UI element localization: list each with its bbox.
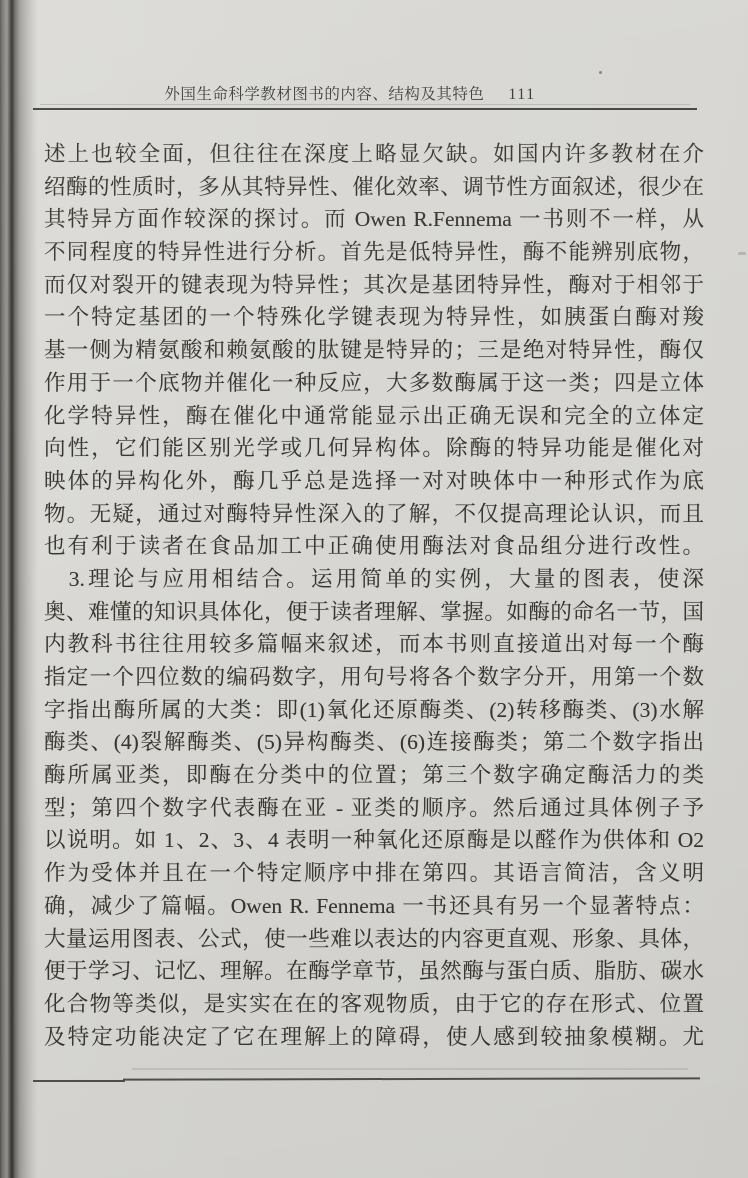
book-gutter-shadow bbox=[0, 0, 38, 1178]
text-line: 大量运用图表、公式，使一些难以表达的内容更直观、形象、具体， bbox=[44, 923, 704, 956]
scanned-book-page: 外国生命科学教材图书的内容、结构及其特色 111 述上也较全面，但往往在深度上略… bbox=[0, 0, 748, 1178]
page-number: 111 bbox=[508, 86, 535, 104]
header-rule-ghost bbox=[40, 104, 690, 105]
text-line: 指定一个四位数的编码数字，用句号将各个数字分开，用第一个数 bbox=[44, 661, 704, 694]
footnote-rule-ghost bbox=[132, 1068, 688, 1070]
text-line: 酶所属亚类，即酶在分类中的位置；第三个数字确定酶活力的类 bbox=[44, 759, 704, 792]
text-line: 化学特异性，酶在催化中通常能显示出正确无误和完全的立体定 bbox=[44, 400, 704, 433]
text-line: 物。无疑，通过对酶特异性深入的了解，不仅提高理论认识，而且 bbox=[44, 498, 704, 531]
running-head-title: 外国生命科学教材图书的内容、结构及其特色 bbox=[164, 82, 484, 104]
text-line: 绍酶的性质时，多从其特异性、催化效率、调节性方面叙述，很少在 bbox=[44, 171, 704, 204]
text-line: 述上也较全面，但往往在深度上略显欠缺。如国内许多教材在介 bbox=[44, 138, 704, 171]
text-line: 3.理论与应用相结合。运用简单的实例，大量的图表，使深 bbox=[44, 563, 704, 596]
text-line: 作为受体并且在一个特定顺序中排在第四。其语言简洁，含义明 bbox=[44, 857, 704, 890]
text-line: 不同程度的特异性进行分析。首先是低特异性，酶不能辨别底物， bbox=[44, 236, 704, 269]
text-line: 以说明。如 1、2、3、4 表明一种氧化还原酶是以醛作为供体和 O2 bbox=[44, 824, 704, 857]
header-rule bbox=[33, 108, 697, 110]
text-line: 字指出酶所属的大类：即(1)氧化还原酶类、(2)转移酶类、(3)水解 bbox=[44, 694, 704, 727]
text-line: 其特异方面作较深的探讨。而 Owen R.Fennema 一书则不一样，从 bbox=[44, 203, 704, 236]
text-line: 型；第四个数字代表酶在亚 - 亚类的顺序。然后通过具体例子予 bbox=[44, 792, 704, 825]
text-line: 化合物等类似，是实实在在的客观物质，由于它的存在形式、位置 bbox=[44, 988, 704, 1021]
text-line: 一个特定基团的一个特殊化学键表现为特异性，如胰蛋白酶对羧 bbox=[44, 301, 704, 334]
text-line: 确，减少了篇幅。Owen R. Fennema 一书还具有另一个显著特点： bbox=[44, 890, 704, 923]
text-line: 内教科书往往用较多篇幅来叙述，而本书则直接道出对每一个酶 bbox=[44, 628, 704, 661]
scan-speck-dot bbox=[599, 71, 602, 74]
text-line: 基一侧为精氨酸和赖氨酸的肽键是特异的；三是绝对特异性，酶仅 bbox=[44, 334, 704, 367]
body-text: 述上也较全面，但往往在深度上略显欠缺。如国内许多教材在介绍酶的性质时，多从其特异… bbox=[44, 138, 704, 1053]
footnote-rule-right-segment bbox=[123, 1077, 700, 1081]
text-line: 向性，它们能区别光学或几何异构体。除酶的特异功能是催化对 bbox=[44, 432, 704, 465]
text-line: 也有利于读者在食品加工中正确使用酶法对食品组分进行改性。 bbox=[44, 530, 704, 563]
text-line: 酶类、(4)裂解酶类、(5)异构酶类、(6)连接酶类；第二个数字指出 bbox=[44, 726, 704, 759]
footnote-rule-left-segment bbox=[33, 1080, 125, 1082]
text-line: 及特定功能决定了它在理解上的障碍，使人感到较抽象模糊。尤 bbox=[44, 1021, 704, 1054]
text-line: 映体的异构化外，酶几乎总是选择一对对映体中一种形式作为底 bbox=[44, 465, 704, 498]
text-line: 便于学习、记忆、理解。在酶学章节，虽然酶与蛋白质、脂肪、碳水 bbox=[44, 955, 704, 988]
text-line: 作用于一个底物并催化一种反应，大多数酶属于这一类；四是立体 bbox=[44, 367, 704, 400]
text-line: 奥、难懂的知识具体化，便于读者理解、掌握。如酶的命名一节，国 bbox=[44, 596, 704, 629]
text-line: 而仅对裂开的键表现为特异性；其次是基团特异性，酶对于相邻于 bbox=[44, 269, 704, 302]
running-head: 外国生命科学教材图书的内容、结构及其特色 111 bbox=[0, 82, 724, 104]
scan-speck-mark bbox=[738, 252, 746, 255]
